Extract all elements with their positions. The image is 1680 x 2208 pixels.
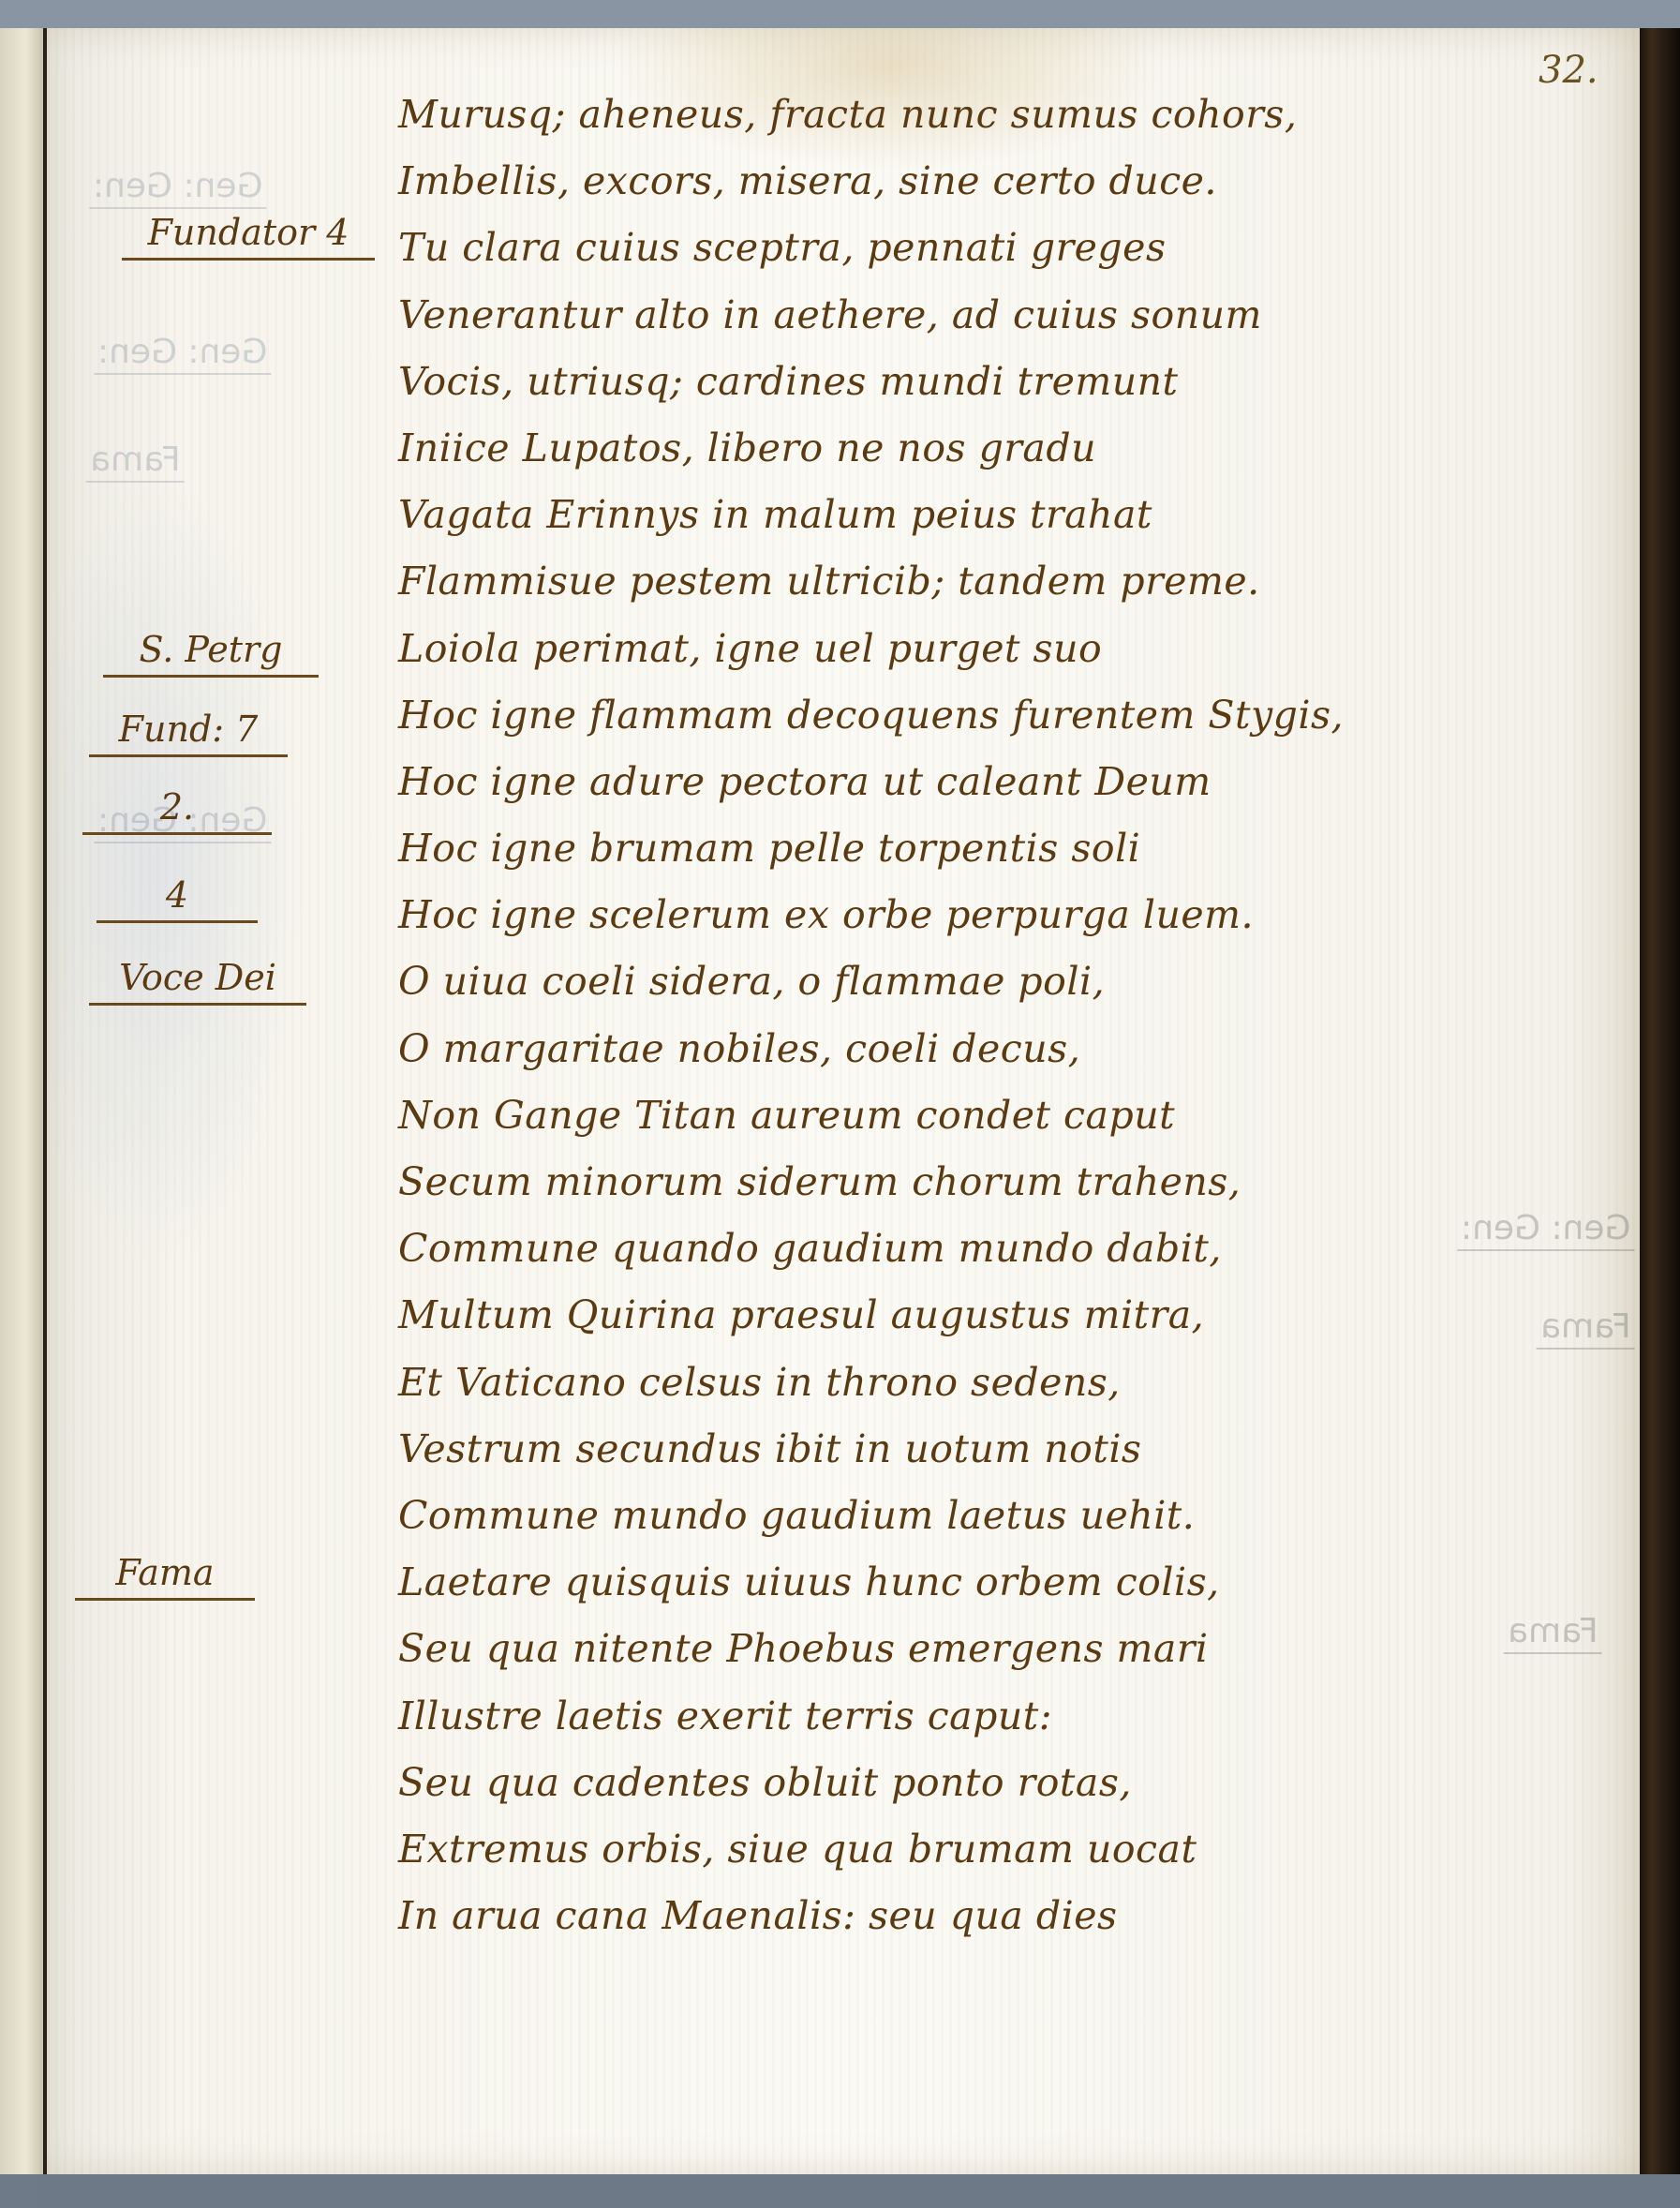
previous-page-edge bbox=[0, 28, 47, 2174]
verse-line: Secum minorum siderum chorum trahens, bbox=[398, 1154, 1485, 1220]
verse-line: Imbellis, excors, misera, sine certo duc… bbox=[398, 153, 1485, 219]
bleed-through-text: Fama bbox=[1504, 1612, 1602, 1654]
verse-line: Non Gange Titan aureum condet caput bbox=[398, 1087, 1485, 1154]
verse-line: Multum Quirina prаesul augustus mitra, bbox=[398, 1287, 1485, 1353]
verse-line: Hoc igne scelerum ex orbe perpurga luem. bbox=[398, 887, 1485, 953]
margin-note-s-petrus: S. Petrg bbox=[103, 628, 319, 678]
verse-line: Commune mundo gaudium laetus uehit. bbox=[398, 1487, 1485, 1554]
folio-number: 32. bbox=[1539, 49, 1598, 92]
bleed-through-text: Gen: Gen: bbox=[89, 167, 266, 209]
verse-line: Hoc igne flammam decoquens furentem Styg… bbox=[398, 687, 1485, 753]
margin-note-2: 2. bbox=[82, 785, 272, 835]
verse-line: Venerantur alto in aethere, ad cuius son… bbox=[398, 287, 1485, 353]
margin-note-4: 4 bbox=[97, 873, 258, 923]
bleed-through-text: Fama bbox=[86, 440, 185, 483]
scan-background-bottom bbox=[37, 2174, 1680, 2208]
verse-line: Hoc igne adure pectora ut caleant Deum bbox=[398, 753, 1485, 820]
verse-line: Laetare quisquis uiuus hunc orbem colis, bbox=[398, 1554, 1485, 1620]
verse-line: Hoc igne brumam pelle torpentis soli bbox=[398, 820, 1485, 887]
verse-line: Vagata Erinnys in malum peius trahat bbox=[398, 486, 1485, 553]
verse-line: Seu qua cadentes obluit ponto rotas, bbox=[398, 1754, 1485, 1821]
verse-line: In arua cana Maenalis: seu qua dies bbox=[398, 1887, 1485, 1954]
verse-line: Extremus orbis, siue qua brumam uocat bbox=[398, 1821, 1485, 1887]
verse-line: Commune quando gaudium mundo dabit, bbox=[398, 1220, 1485, 1287]
margin-note-fama: Fama bbox=[75, 1551, 255, 1601]
verse-line: Murusq; aheneus, fracta nunc sumus cohor… bbox=[398, 86, 1485, 153]
verse-text-block: Murusq; aheneus, fracta nunc sumus cohor… bbox=[398, 86, 1485, 1954]
verse-line: Seu qua nitente Phoebus emergens mari bbox=[398, 1620, 1485, 1687]
bleed-through-text: Gen: Gen: bbox=[94, 333, 271, 375]
manuscript-scan: Gen: Gen: Fama Gen: Gen: Gen: Gen: Fama … bbox=[0, 0, 1680, 2208]
verse-line: Vocis, utriusq; cardines mundi tremunt bbox=[398, 353, 1485, 420]
verse-line: Illustre laetis exerit terris caput: bbox=[398, 1688, 1485, 1754]
margin-note-voce-dei: Voce Dei bbox=[89, 956, 306, 1006]
verse-line: O margaritae nobiles, coeli decus, bbox=[398, 1021, 1485, 1087]
verse-line: Flammisue pestem ultricib; tandem preme. bbox=[398, 553, 1485, 619]
bleed-through-text: Fama bbox=[1537, 1307, 1635, 1350]
verse-line: Vestrum secundus ibit in uotum notis bbox=[398, 1421, 1485, 1487]
verse-line: Et Vaticano celsus in throno sedens, bbox=[398, 1354, 1485, 1421]
margin-note-fundator: Fundator 4 bbox=[122, 211, 375, 261]
verse-line: O uiua coeli sidera, o flammae poli, bbox=[398, 953, 1485, 1020]
verse-line: Loiola perimat, igne uel purget suo bbox=[398, 620, 1485, 687]
verse-line: Iniice Lupatos, libero ne nos gradu bbox=[398, 420, 1485, 486]
book-fore-edge bbox=[1640, 28, 1680, 2174]
verse-line: Tu clara cuius sceptra, pennati greges bbox=[398, 219, 1485, 286]
margin-note-fund-7: Fund: 7 bbox=[89, 708, 288, 757]
